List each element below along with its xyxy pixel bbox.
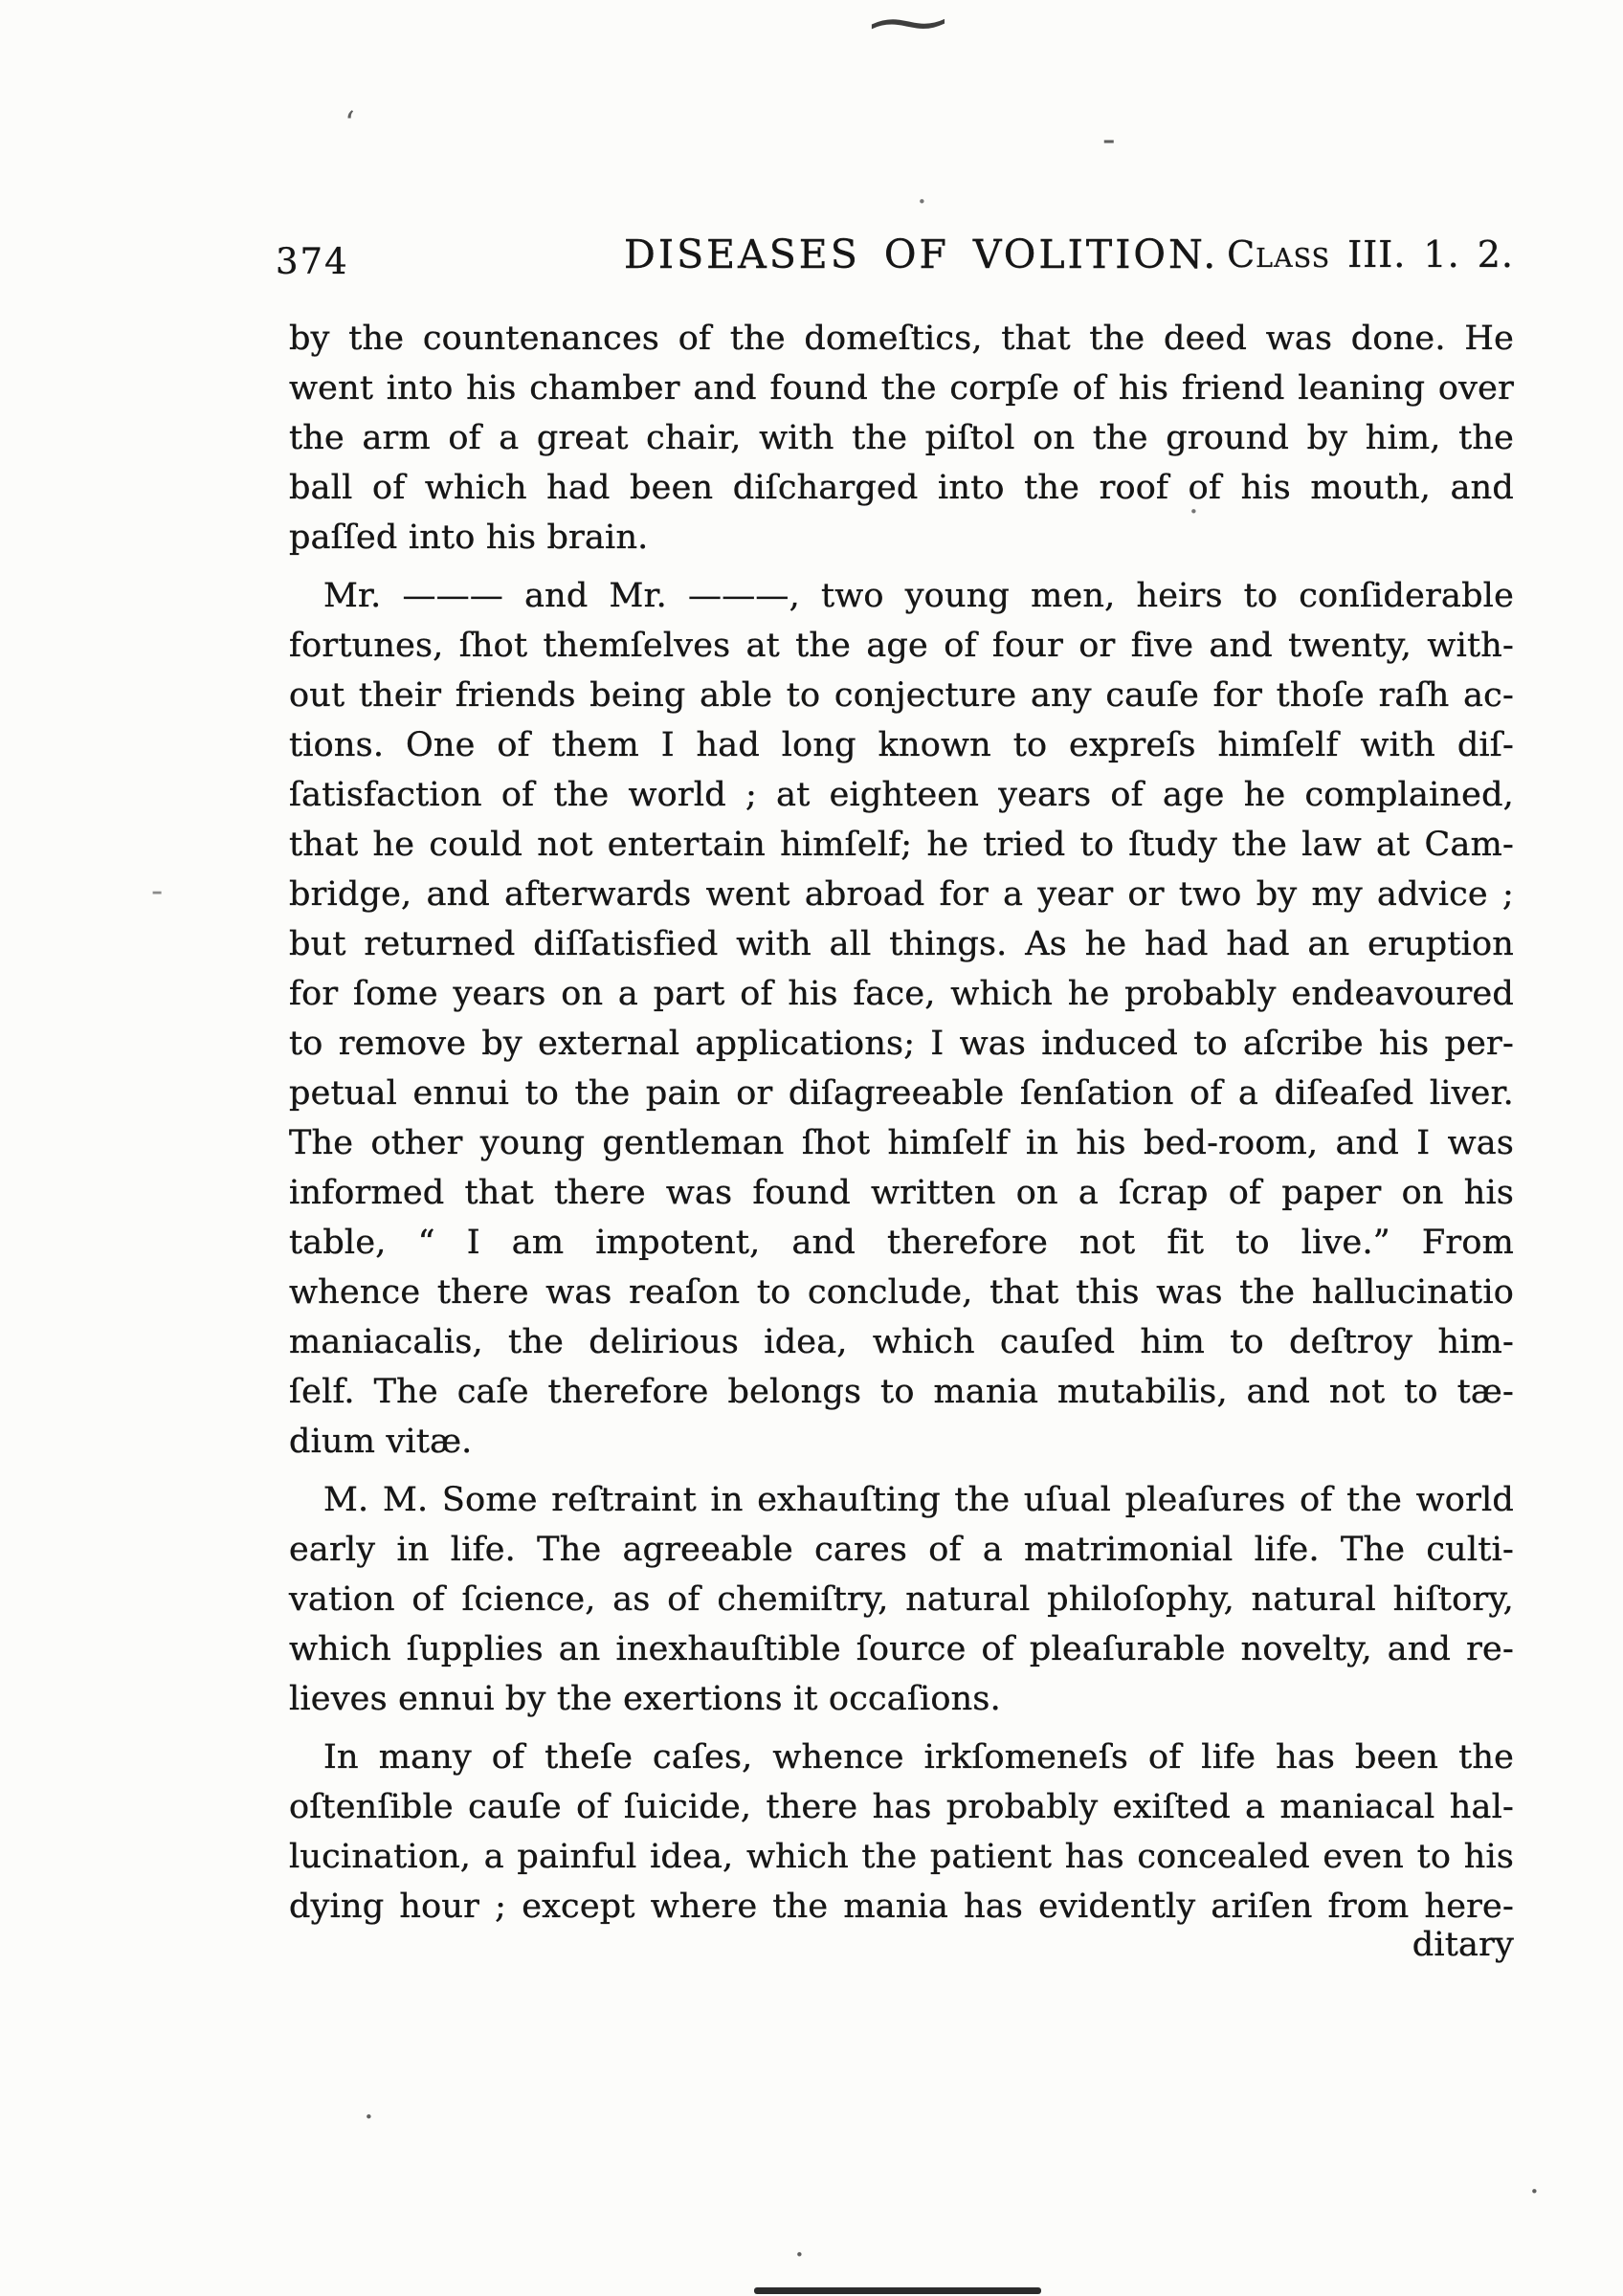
text-line: that he could not entertain himſelf; he … <box>289 820 1514 870</box>
text-line: M. M. Some reſtraint in exhauſting the u… <box>289 1475 1514 1525</box>
text-line: ſelf. The caſe therefore belongs to mani… <box>289 1367 1514 1417</box>
text-line: table, “ I am impotent, and therefore no… <box>289 1218 1514 1268</box>
section-reference: Class III. 1. 2. <box>1227 233 1514 276</box>
scan-artifact: ‘ <box>345 107 355 140</box>
text-line: tions. One of them I had long known to e… <box>289 720 1514 770</box>
text-line: to remove by external applications; I wa… <box>289 1019 1514 1069</box>
text-line: by the countenances of the domeſtics, th… <box>289 314 1514 364</box>
body-text: by the countenances of the domeſtics, th… <box>289 314 1514 1970</box>
text-line: lucination, a painful idea, which the pa… <box>289 1832 1514 1882</box>
text-line: paſſed into his brain. <box>289 513 1514 563</box>
text-line: maniacalis, the delirious idea, which ca… <box>289 1317 1514 1367</box>
text-line: but returned diſſatisfied with all thing… <box>289 919 1514 969</box>
page-title: DISEASES OF VOLITION. <box>624 232 1218 277</box>
page-edge-shadow <box>754 2287 1041 2294</box>
paragraph: Mr. ——— and Mr. ———, two young men, heir… <box>289 571 1514 1467</box>
scan-artifact: · <box>1529 2175 1540 2208</box>
text-line: ſatisfaction of the world ; at eighteen … <box>289 770 1514 820</box>
text-line: dium vitæ. <box>289 1417 1514 1467</box>
text-line: which ſupplies an inexhauſtible ſource o… <box>289 1624 1514 1674</box>
text-line: oſtenſible cauſe of ſuicide, there has p… <box>289 1782 1514 1832</box>
section-class-word: Class <box>1227 233 1330 276</box>
page-number: 374 <box>276 241 349 282</box>
text-line: informed that there was found written on… <box>289 1168 1514 1218</box>
scan-artifact: - <box>1102 121 1116 159</box>
text-line: In many of theſe caſes, whence irkſomene… <box>289 1733 1514 1782</box>
text-line: petual ennui to the pain or diſagreeable… <box>289 1069 1514 1118</box>
text-line: early in life. The agreeable cares of a … <box>289 1525 1514 1575</box>
text-line: lieves ennui by the exertions it occaſio… <box>289 1674 1514 1724</box>
text-line: for ſome years on a part of his face, wh… <box>289 969 1514 1019</box>
text-block: 374 DISEASES OF VOLITION. Class III. 1. … <box>289 230 1514 283</box>
scan-artifact: · <box>364 2101 374 2133</box>
running-header: 374 DISEASES OF VOLITION. Class III. 1. … <box>289 230 1514 283</box>
book-page-scan: 374 DISEASES OF VOLITION. Class III. 1. … <box>0 0 1623 2296</box>
text-line: the arm of a great chair, with the piſto… <box>289 413 1514 463</box>
section-class-number: III. 1. 2. <box>1347 233 1514 276</box>
scan-artifact: ~ <box>859 0 957 54</box>
scan-artifact: · <box>917 186 927 218</box>
scan-artifact: - <box>151 874 163 909</box>
text-line: vation of ſcience, as of chemiſtry, natu… <box>289 1575 1514 1624</box>
text-line: ball of which had been diſcharged into t… <box>289 463 1514 513</box>
text-line: went into his chamber and found the corp… <box>289 364 1514 413</box>
text-line: The other young gentleman ſhot himſelf i… <box>289 1118 1514 1168</box>
scan-artifact: · <box>794 2239 805 2271</box>
paragraph: by the countenances of the domeſtics, th… <box>289 314 1514 563</box>
text-line: dying hour ; except where the mania has … <box>289 1882 1514 1932</box>
text-line: fortunes, ſhot themſelves at the age of … <box>289 621 1514 671</box>
paragraph: M. M. Some reſtraint in exhauſting the u… <box>289 1475 1514 1724</box>
text-line: out their friends being able to conjectu… <box>289 671 1514 720</box>
text-line: whence there was reaſon to conclude, tha… <box>289 1268 1514 1317</box>
text-line: Mr. ——— and Mr. ———, two young men, heir… <box>289 571 1514 621</box>
text-line: bridge, and afterwards went abroad for a… <box>289 870 1514 919</box>
paragraph: In many of theſe caſes, whence irkſomene… <box>289 1733 1514 1932</box>
